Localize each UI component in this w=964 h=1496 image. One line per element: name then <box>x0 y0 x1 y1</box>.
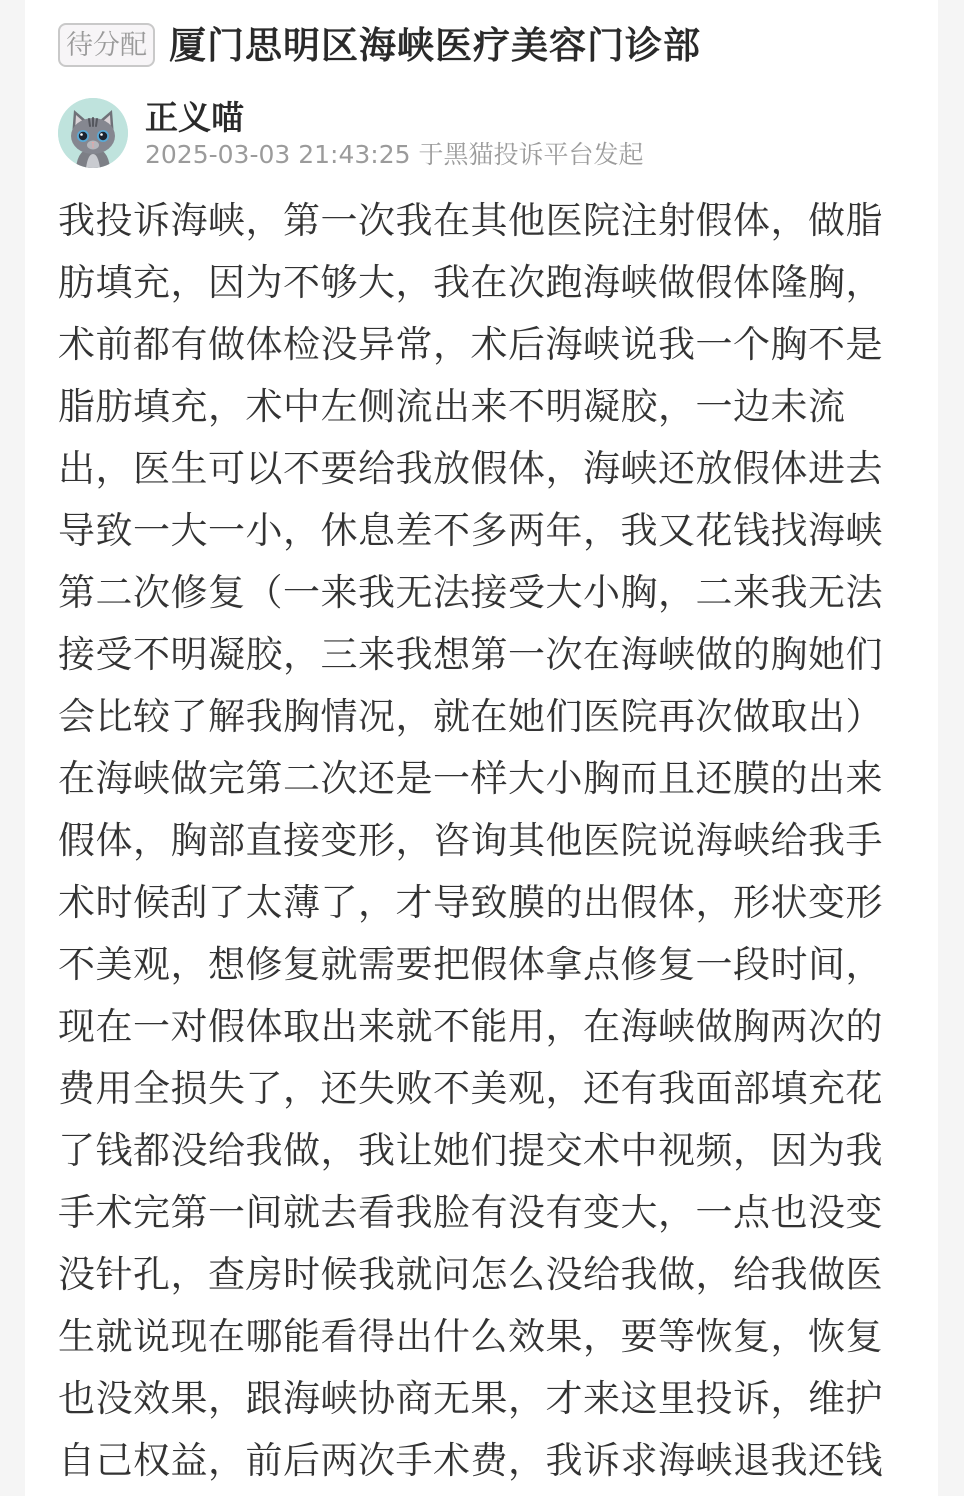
status-badge: 待分配 <box>58 23 155 67</box>
complaint-body: 我投诉海峡，第一次我在其他医院注射假体，做脂 肪填充，因为不够大，我在次跑海峡做… <box>58 190 918 1492</box>
complaint-text-line: 不美观，想修复就需要把假体拿点修复一段时间， <box>58 934 918 996</box>
complaint-text-line: 出，医生可以不要给我放假体，海峡还放假体进去 <box>58 438 918 500</box>
complaint-text-line: 费用全损失了，还失败不美观，还有我面部填充花 <box>58 1058 918 1120</box>
complaint-text-line: 术前都有做体检没异常，术后海峡说我一个胸不是 <box>58 314 918 376</box>
page-title[interactable]: 厦门思明区海峡医疗美容门诊部 <box>169 27 701 64</box>
author-name[interactable]: 正义喵 <box>145 98 643 138</box>
complaint-text-line: 会比较了解我胸情况，就在她们医院再次做取出） <box>58 686 918 748</box>
author-info: 正义喵 2025-03-03 21:43:25 于黑猫投诉平台发起 <box>58 98 643 170</box>
complaint-header: 待分配 厦门思明区海峡医疗美容门诊部 <box>58 22 701 68</box>
avatar[interactable] <box>58 98 128 168</box>
complaint-text-line: 假体，胸部直接变形，咨询其他医院说海峡给我手 <box>58 810 918 872</box>
complaint-text-line: 自己权益，前后两次手术费，我诉求海峡退我还钱 <box>58 1430 918 1492</box>
cat-avatar-icon <box>58 98 128 168</box>
complaint-text-line: 脂肪填充，术中左侧流出来不明凝胶，一边未流 <box>58 376 918 438</box>
complaint-text-line: 导致一大一小，休息差不多两年，我又花钱找海峡 <box>58 500 918 562</box>
complaint-text-line: 手术完第一间就去看我脸有没有变大，一点也没变 <box>58 1182 918 1244</box>
complaint-text-line: 生就说现在哪能看得出什么效果，要等恢复，恢复 <box>58 1306 918 1368</box>
complaint-text-line: 也没效果，跟海峡协商无果，才来这里投诉，维护 <box>58 1368 918 1430</box>
complaint-text-line: 没针孔，查房时候我就问怎么没给我做，给我做医 <box>58 1244 918 1306</box>
complaint-text-line: 了钱都没给我做，我让她们提交术中视频，因为我 <box>58 1120 918 1182</box>
complaint-page: 待分配 厦门思明区海峡医疗美容门诊部 <box>25 0 938 1496</box>
complaint-text-line: 第二次修复（一来我无法接受大小胸，二来我无法 <box>58 562 918 624</box>
complaint-text-line: 术时候刮了太薄了，才导致膜的出假体，形状变形 <box>58 872 918 934</box>
complaint-text-line: 现在一对假体取出来就不能用，在海峡做胸两次的 <box>58 996 918 1058</box>
complaint-text-line: 接受不明凝胶，三来我想第一次在海峡做的胸她们 <box>58 624 918 686</box>
post-timestamp: 2025-03-03 21:43:25 于黑猫投诉平台发起 <box>145 140 643 170</box>
complaint-text-line: 我投诉海峡，第一次我在其他医院注射假体，做脂 <box>58 190 918 252</box>
complaint-text-line: 在海峡做完第二次还是一样大小胸而且还膜的出来 <box>58 748 918 810</box>
complaint-text-line: 肪填充，因为不够大，我在次跑海峡做假体隆胸， <box>58 252 918 314</box>
author-meta: 正义喵 2025-03-03 21:43:25 于黑猫投诉平台发起 <box>145 98 643 170</box>
